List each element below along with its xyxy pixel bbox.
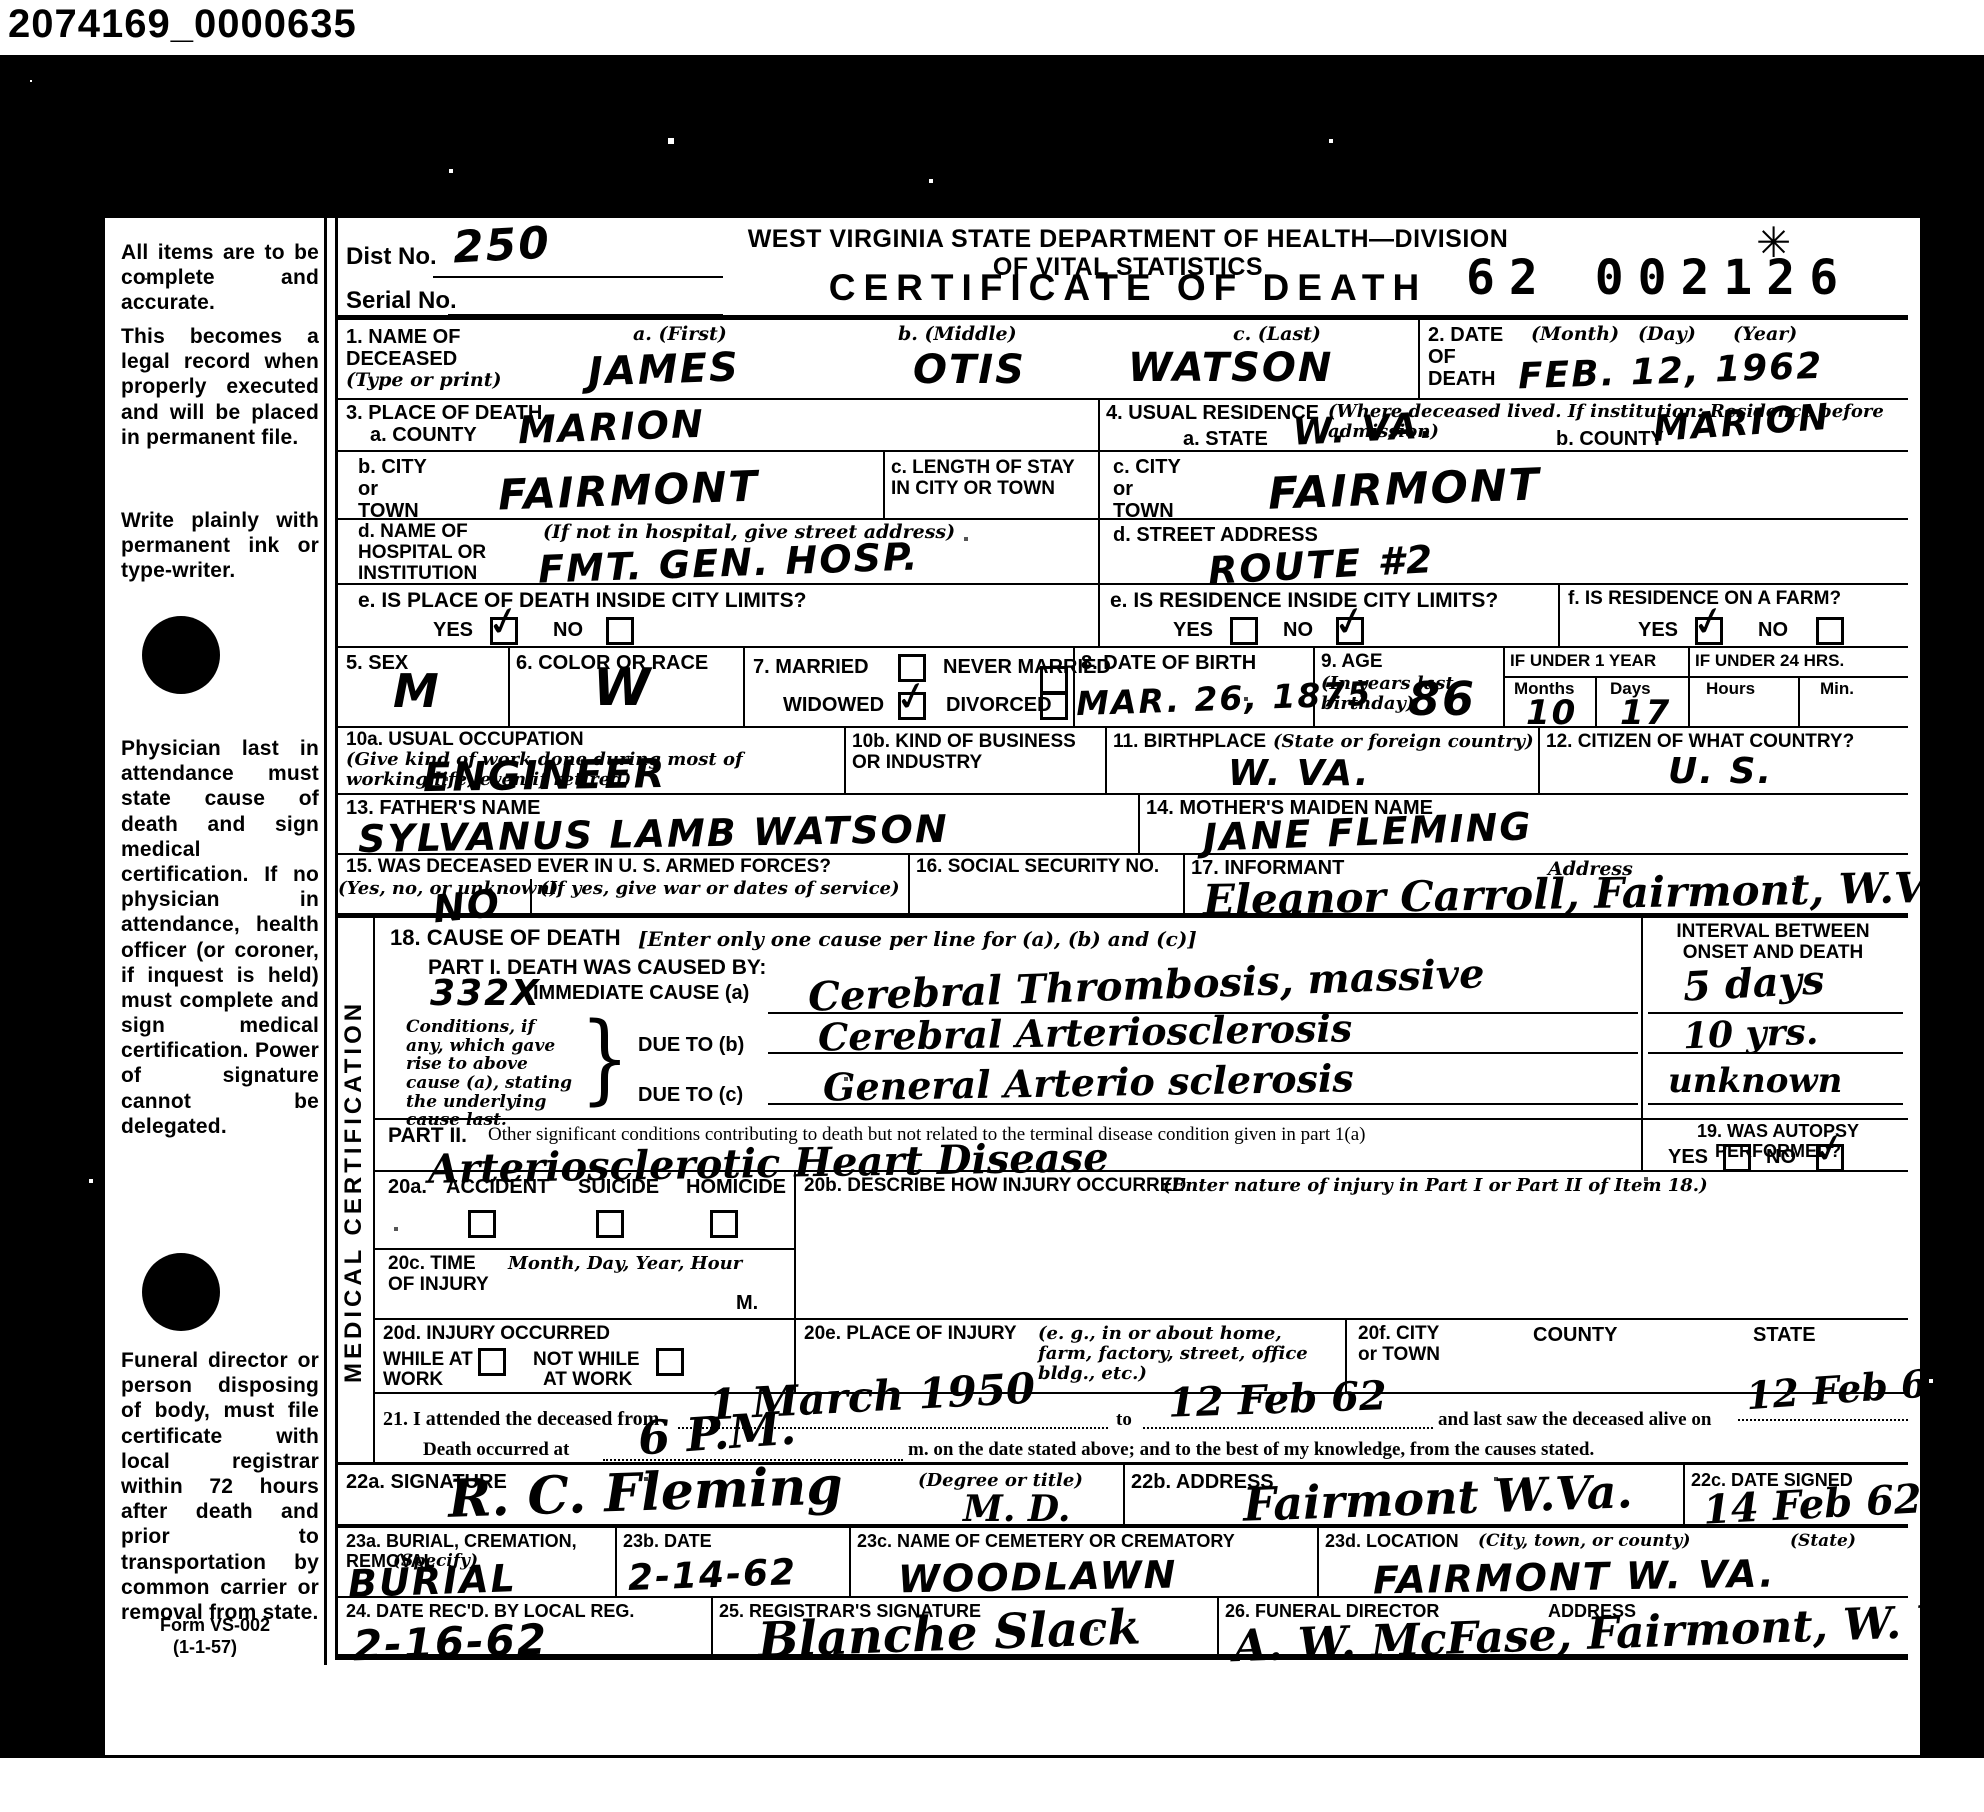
- burial-date-label: 23b. DATE: [623, 1532, 712, 1552]
- row-registrar: 24. DATE REC'D. BY LOCAL REG. 2-16-62 25…: [338, 1598, 1908, 1660]
- middle-name-value: OTIS: [913, 350, 1026, 390]
- divider-9-under1: [1503, 648, 1505, 726]
- color-race-value: W: [593, 662, 652, 714]
- farm-yes-label: YES: [1638, 619, 1678, 641]
- residence-city-label: c. CITY or TOWN: [1113, 456, 1193, 522]
- dist-no-value: 250: [452, 221, 552, 270]
- homicide-checkbox: [710, 1210, 738, 1238]
- serial-no-line: [448, 314, 723, 316]
- conditions-note: Conditions, if any, which gave rise to a…: [406, 1018, 578, 1130]
- dist-no-line: [433, 276, 723, 278]
- autopsy-yes-checkbox: [1723, 1144, 1751, 1172]
- death-city-limits-label: e. IS PLACE OF DEATH INSIDE CITY LIMITS?: [358, 589, 806, 612]
- part2-label: PART II.: [388, 1124, 467, 1147]
- divider-10a-10b: [844, 728, 846, 793]
- residence-city-value: FAIRMONT: [1267, 463, 1541, 516]
- scan-top-strip: 2074169_0000635: [0, 0, 1984, 55]
- certificate-title: CERTIFICATE OF DEATH: [758, 268, 1498, 309]
- col-3-4-divider-3: [1098, 520, 1100, 583]
- physician-degree: M. D.: [963, 1491, 1070, 1527]
- medical-certification-rail: MEDICAL CERTIFICATION: [338, 918, 375, 1465]
- date-of-birth-label: 8. DATE OF BIRTH: [1081, 652, 1256, 674]
- widowed-checkbox: ✓: [898, 692, 926, 720]
- cemetery-value: WOODLAWN: [898, 1556, 1178, 1599]
- due-to-c-label: DUE TO (c): [638, 1084, 743, 1106]
- instructions-column: All items are to be complete and accurat…: [105, 218, 327, 1755]
- citizen-value: U. S.: [1668, 754, 1773, 790]
- row-20d-top-line: [373, 1318, 1908, 1320]
- conditions-brace: }: [580, 1003, 630, 1116]
- residence-state-value: W. VA.: [1292, 408, 1436, 451]
- col-3-4-divider-2: [1098, 452, 1100, 518]
- divider-20a-20b: [794, 1170, 796, 1318]
- describe-injury-label: 20b. DESCRIBE HOW INJURY OCCURRED.: [804, 1176, 1191, 1197]
- interval-c-line: [1648, 1103, 1903, 1105]
- suicide-label: SUICIDE: [578, 1176, 659, 1198]
- farm-no-checkbox: [1816, 617, 1844, 645]
- autopsy-yes-label: YES: [1668, 1146, 1708, 1168]
- burial-value: BURIAL: [347, 1559, 517, 1603]
- medical-certification-block: MEDICAL CERTIFICATION 18. CAUSE OF DEATH…: [338, 918, 1908, 1465]
- injury-state-label: STATE: [1753, 1324, 1816, 1346]
- widowed-label: WIDOWED: [783, 694, 884, 716]
- row-sex-race-married-birth: 5. SEX M 6. COLOR OR RACE W 7. MARRIED N…: [338, 648, 1908, 728]
- cause-of-death-bracket: [Enter only one cause per line for (a), …: [638, 928, 1197, 950]
- first-name-value: JAMES: [587, 347, 740, 392]
- burial-location-value: FAIRMONT W. VA.: [1373, 1554, 1776, 1599]
- attended-to-line: [1143, 1426, 1433, 1429]
- last-saw-line: [1738, 1418, 1908, 1421]
- date-signed-value: 14 Feb 62: [1702, 1479, 1923, 1530]
- divorced-label: DIVORCED: [946, 694, 1052, 716]
- street-address-label: d. STREET ADDRESS: [1113, 524, 1318, 546]
- informant-value: Eleanor Carroll, Fairmont, W.Va.: [1203, 866, 1965, 921]
- work-label: WORK: [383, 1370, 443, 1391]
- scan-id: 2074169_0000635: [8, 2, 357, 47]
- residence-limits-no-checkbox: ✓: [1336, 617, 1364, 645]
- ssn-label: 16. SOCIAL SECURITY NO.: [916, 857, 1159, 878]
- while-at-label: WHILE AT: [383, 1350, 473, 1371]
- scan-noise-dots: [30, 80, 32, 82]
- row-signature: 22a. SIGNATURE R. C. Fleming (Degree or …: [338, 1465, 1908, 1528]
- hospital-value: FMT. GEN. HOSP.: [537, 537, 920, 588]
- fathers-name-value: SYLVANUS LAMB WATSON: [358, 810, 949, 858]
- divider-15-16: [908, 855, 910, 913]
- scanned-death-certificate: 2074169_0000635 All items are to be comp…: [0, 0, 1984, 1812]
- armed-forces-note-2: (If yes, give war or dates of service): [540, 879, 900, 899]
- hole-punch-top: [142, 616, 220, 694]
- not-while-at-work-checkbox: [656, 1348, 684, 1376]
- never-married-checkbox: [1040, 666, 1068, 694]
- residence-state-label: a. STATE: [1183, 428, 1268, 450]
- describe-injury-note: (Enter nature of injury in Part I or Par…: [1163, 1176, 1708, 1196]
- divider-22a-22b: [1123, 1465, 1125, 1524]
- usual-residence-label: 4. USUAL RESIDENCE: [1106, 402, 1319, 424]
- death-limits-yes-label: YES: [433, 619, 473, 641]
- year-label: (Year): [1733, 324, 1797, 345]
- autopsy-no-label: NO: [1766, 1146, 1796, 1168]
- immediate-cause-label: IMMEDIATE CAUSE (a): [533, 982, 749, 1004]
- death-limits-no-label: NO: [553, 619, 583, 641]
- divorced-checkbox: [1040, 692, 1068, 720]
- autopsy-no-checkbox: ✓: [1816, 1144, 1844, 1172]
- divider-23a-23b: [615, 1528, 617, 1596]
- occupation-label: 10a. USUAL OCCUPATION: [346, 730, 584, 751]
- injury-occurred-label: 20d. INJURY OCCURRED: [383, 1324, 610, 1345]
- hospital-label: d. NAME OF HOSPITAL OR INSTITUTION: [358, 522, 538, 585]
- burial-state-note: (State): [1790, 1532, 1856, 1551]
- divider-6-7: [743, 648, 745, 726]
- hours-label: Hours: [1706, 680, 1755, 699]
- divider-16-17: [1183, 855, 1185, 913]
- residence-limits-yes-label: YES: [1173, 619, 1213, 641]
- row-city-limits: e. IS PLACE OF DEATH INSIDE CITY LIMITS?…: [338, 585, 1908, 648]
- suicide-checkbox: [596, 1210, 624, 1238]
- under-1-year-label: IF UNDER 1 YEAR: [1510, 652, 1656, 671]
- certificate-form: Dist No. 250 Serial No. WEST VIRGINIA ST…: [335, 218, 1908, 1660]
- armed-forces-label: 15. WAS DECEASED EVER IN U. S. ARMED FOR…: [346, 857, 831, 878]
- business-industry-label: 10b. KIND OF BUSINESS OR INDUSTRY: [852, 732, 1082, 774]
- row-parents: 13. FATHER'S NAME SYLVANUS LAMB WATSON 1…: [338, 795, 1908, 855]
- interval-b-value: 10 yrs.: [1682, 1014, 1819, 1055]
- not-while-label: NOT WHILE: [533, 1350, 640, 1371]
- instruction-note-1: All items are to be complete and accurat…: [121, 240, 319, 316]
- physician-signature: R. C. Fleming: [447, 1460, 843, 1526]
- instruction-note-3: Write plainly with permanent ink or type…: [121, 508, 319, 584]
- length-of-stay-label: c. LENGTH OF STAY IN CITY OR TOWN: [891, 458, 1091, 500]
- divider-8-9: [1313, 648, 1315, 726]
- name-date-divider: [1418, 320, 1420, 398]
- part2-top-line: [373, 1118, 1908, 1120]
- cause-c-value: General Arterio sclerosis: [823, 1059, 1354, 1106]
- registrar-signature-value: Blanche Slack: [757, 1603, 1141, 1664]
- col-3-4-divider: [1098, 400, 1100, 450]
- divider-25-26: [1217, 1598, 1219, 1654]
- instruction-note-2: This becomes a legal record when properl…: [121, 324, 319, 450]
- signature-address-value: Fairmont W.Va.: [1242, 1468, 1633, 1528]
- accident-checkbox: [468, 1210, 496, 1238]
- form-revision: (1-1-57): [173, 1638, 237, 1658]
- sex-value: M: [393, 668, 441, 714]
- months-value: 10: [1526, 696, 1577, 730]
- death-county-value: MARION: [517, 405, 705, 449]
- serial-no-label: Serial No.: [346, 288, 457, 314]
- place-of-injury-label: 20e. PLACE OF INJURY: [804, 1324, 1017, 1345]
- at-work-label: AT WORK: [543, 1370, 632, 1391]
- instruction-note-5: Funeral director or person disposing of …: [121, 1348, 319, 1625]
- row-county-state: 3. PLACE OF DEATH a. COUNTY MARION 4. US…: [338, 400, 1908, 452]
- death-limits-yes-checkbox: ✓: [490, 617, 518, 645]
- attended-to-word: to: [1116, 1410, 1132, 1431]
- homicide-label: HOMICIDE: [686, 1176, 786, 1198]
- cause-of-death-label: 18. CAUSE OF DEATH: [390, 926, 621, 950]
- row-city-town: b. CITY or TOWN FAIRMONT c. LENGTH OF ST…: [338, 452, 1908, 520]
- month-label: (Month): [1531, 324, 1619, 345]
- injury-county-label: COUNTY: [1533, 1324, 1617, 1346]
- form-header: Dist No. 250 Serial No. WEST VIRGINIA ST…: [338, 218, 1908, 320]
- min-label: Min.: [1820, 680, 1854, 699]
- sidebar-divider-rule: [324, 218, 327, 1665]
- days-value: 17: [1620, 696, 1671, 730]
- burial-location-label: 23d. LOCATION: [1325, 1532, 1459, 1552]
- divider-under1-under24: [1688, 648, 1690, 726]
- death-county-label: a. COUNTY: [370, 424, 477, 446]
- cemetery-label: 23c. NAME OF CEMETERY OR CREMATORY: [857, 1532, 1235, 1552]
- autopsy-divider: [1641, 1118, 1643, 1170]
- injury-city-label: 20f. CITY or TOWN: [1358, 1324, 1448, 1366]
- forces-sub-divider: [530, 879, 532, 915]
- birthplace-label: 11. BIRTHPLACE: [1113, 732, 1266, 753]
- residence-limits-yes-checkbox: [1230, 617, 1258, 645]
- accident-section-number: 20a.: [388, 1176, 427, 1198]
- last-saw-value: 12 Feb 62: [1745, 1363, 1955, 1415]
- date-received-value: 2-16-62: [352, 1619, 548, 1668]
- farm-no-label: NO: [1758, 619, 1788, 641]
- age-value: 86: [1408, 676, 1476, 722]
- last-name-label: c. (Last): [1233, 324, 1321, 345]
- accident-label: ACCIDENT: [446, 1176, 549, 1198]
- married-label: 7. MARRIED: [753, 656, 869, 678]
- date-of-death-value: FEB. 12, 1962: [1517, 349, 1823, 396]
- col-3-4-divider-4: [1098, 585, 1100, 646]
- birthplace-value: W. VA.: [1228, 756, 1370, 792]
- mothers-name-value: JANE FLEMING: [1202, 807, 1533, 856]
- scan-bottom-strip: [0, 1758, 1984, 1812]
- attended-to-value: 12 Feb 62: [1167, 1376, 1387, 1424]
- residence-limits-no-label: NO: [1283, 619, 1313, 641]
- death-city-value: FAIRMONT: [497, 465, 759, 516]
- line-under-20a: [373, 1248, 794, 1250]
- type-or-print-note: (Type or print): [346, 370, 501, 391]
- divider-23b-23c: [849, 1528, 851, 1596]
- while-at-work-checkbox: [478, 1348, 506, 1376]
- row-20-top-line: [373, 1170, 1908, 1172]
- widowed-check: ✓: [891, 674, 932, 720]
- burial-date-value: 2-14-62: [627, 1555, 797, 1597]
- divider-13-14: [1138, 795, 1140, 853]
- death-limits-no-checkbox: [606, 617, 634, 645]
- first-name-label: a. (First): [633, 324, 727, 345]
- divider-24-25: [711, 1598, 713, 1654]
- time-of-injury-m: M.: [736, 1292, 758, 1314]
- last-saw-text: and last saw the deceased alive on: [1438, 1410, 1711, 1431]
- death-city-label: b. CITY or TOWN: [358, 456, 438, 522]
- divider-22b-22c: [1683, 1465, 1685, 1524]
- hours-min-divider: [1798, 676, 1800, 726]
- death-occurred-pre: Death occurred at: [423, 1440, 569, 1461]
- row-name-and-date: 1. NAME OF DECEASED (Type or print) a. (…: [338, 320, 1908, 400]
- interval-label: INTERVAL BETWEEN ONSET AND DEATH: [1653, 922, 1893, 964]
- attended-pre-text: 21. I attended the deceased from: [383, 1408, 659, 1430]
- certificate-paper: All items are to be complete and accurat…: [105, 218, 1920, 1755]
- form-code: Form VS-002: [160, 1616, 270, 1636]
- divider-11-12: [1538, 728, 1540, 793]
- residence-county-label: b. COUNTY: [1556, 428, 1664, 450]
- farm-divider: [1558, 585, 1560, 646]
- due-to-b-label: DUE TO (b): [638, 1034, 744, 1056]
- row-forces-informant: 15. WAS DECEASED EVER IN U. S. ARMED FOR…: [338, 855, 1908, 918]
- place-of-death-label: 3. PLACE OF DEATH: [346, 402, 542, 424]
- certificate-number-stamp: 62 002126: [1466, 250, 1852, 306]
- instruction-note-4: Physician last in attendance must state …: [121, 736, 319, 1139]
- burial-location-note: (City, town, or county): [1478, 1532, 1690, 1551]
- name-of-deceased-label: 1. NAME OF DECEASED: [346, 326, 526, 370]
- under-24-hrs-label: IF UNDER 24 HRS.: [1695, 652, 1844, 671]
- death-time-value: 6 P.M.: [637, 1405, 798, 1462]
- middle-name-label: b. (Middle): [898, 324, 1017, 345]
- interval-c-value: unknown: [1668, 1064, 1842, 1098]
- hole-punch-bottom: [142, 1253, 220, 1331]
- citizen-label: 12. CITIZEN OF WHAT COUNTRY?: [1546, 732, 1854, 753]
- row-hospital-street: d. NAME OF HOSPITAL OR INSTITUTION (If n…: [338, 520, 1908, 585]
- cause-code-value: 332X: [430, 976, 541, 1012]
- last-name-value: WATSON: [1128, 348, 1333, 388]
- farm-yes-checkbox: ✓: [1695, 617, 1723, 645]
- divider-23c-23d: [1317, 1528, 1319, 1596]
- row-occupation: 10a. USUAL OCCUPATION (Give kind of work…: [338, 728, 1908, 795]
- residence-city-limits-label: e. IS RESIDENCE INSIDE CITY LIMITS?: [1110, 589, 1498, 612]
- time-of-injury-note: Month, Day, Year, Hour: [508, 1254, 742, 1274]
- interval-a-value: 5 days: [1682, 960, 1825, 1007]
- months-days-divider: [1595, 676, 1597, 726]
- row-burial: 23a. BURIAL, CREMATION, REMOVAL (Specify…: [338, 1528, 1908, 1598]
- interval-b-line: [1648, 1052, 1903, 1054]
- medical-certification-label: MEDICAL CERTIFICATION: [340, 918, 372, 1465]
- street-address-value: ROUTE #2: [1207, 540, 1435, 590]
- cause-b-value: Cerebral Arteriosclerosis: [818, 1009, 1353, 1056]
- date-of-death-label: 2. DATE OF DEATH: [1428, 324, 1528, 390]
- age-label: 9. AGE: [1321, 652, 1383, 673]
- time-of-injury-label: 20c. TIME OF INJURY: [388, 1254, 498, 1296]
- dist-no-label: Dist No.: [346, 244, 437, 270]
- row-21-top-line: [373, 1392, 1908, 1394]
- divider-10b-11: [1105, 728, 1107, 793]
- length-of-stay-divider: [883, 452, 885, 518]
- day-label: (Day): [1638, 324, 1696, 345]
- occupation-value: ENGINEER: [423, 754, 667, 798]
- death-occurred-post: m. on the date stated above; and to the …: [908, 1440, 1594, 1461]
- divider-5-6: [508, 648, 510, 726]
- birthplace-note: (State or foreign country): [1273, 732, 1534, 752]
